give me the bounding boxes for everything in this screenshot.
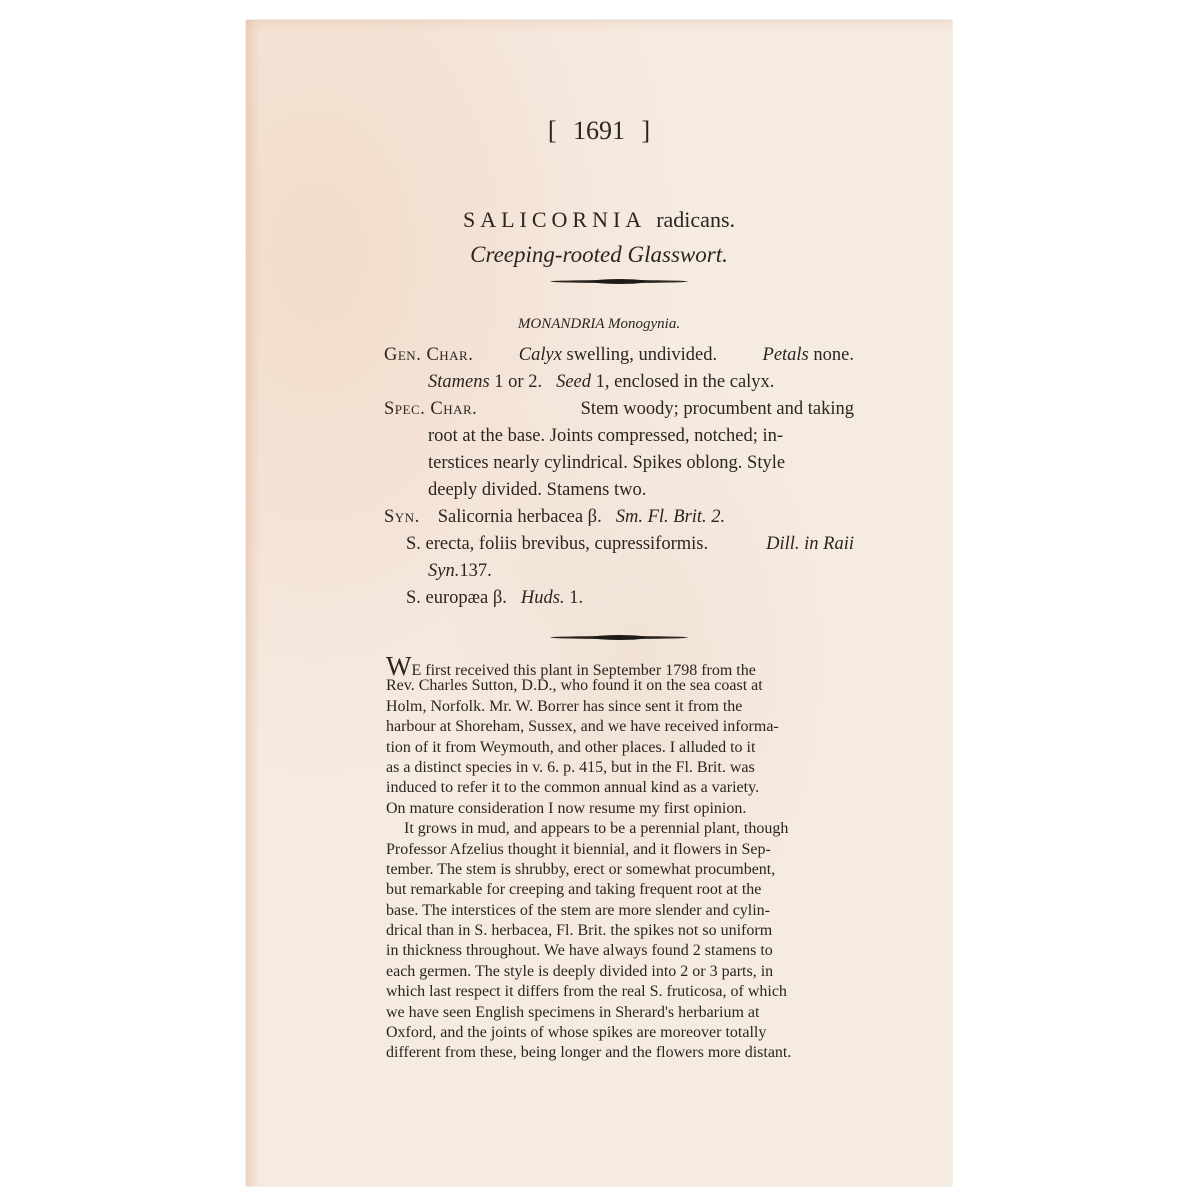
paragraph-2-line: we have seen English specimens in Sherar…	[386, 1003, 853, 1023]
common-name: Creeping-rooted Glasswort.	[246, 242, 952, 268]
paragraph-2-line: tember. The stem is shrubby, erect or so…	[386, 860, 853, 880]
paragraph-2-line: drical than in S. herbacea, Fl. Brit. th…	[386, 921, 853, 941]
linnaean-classification: MONANDRIA Monogynia.	[246, 316, 952, 333]
paragraph-1-line: tion of it from Weymouth, and other plac…	[386, 738, 853, 758]
ornamental-rule-bottom	[550, 636, 688, 639]
paragraph-2-line: each germen. The style is deeply divided…	[386, 962, 853, 982]
paragraph-2-line: different from these, being longer and t…	[386, 1043, 853, 1063]
paragraph-1-line: as a distinct species in v. 6. p. 415, b…	[386, 758, 853, 778]
paragraph-1-line: WE first received this plant in Septembe…	[386, 656, 853, 676]
description-text: WE first received this plant in Septembe…	[386, 656, 853, 1064]
spec-char-line-3: terstices nearly cylindrical. Spikes obl…	[384, 450, 854, 477]
paragraph-1-line: On mature consideration I now resume my …	[386, 799, 853, 819]
species-epithet: radicans.	[656, 207, 735, 232]
paragraph-2-line: in thickness throughout. We have always …	[386, 941, 853, 961]
page-number: [ 1691 ]	[246, 116, 952, 146]
genus-name: SALICORNIA	[463, 207, 646, 232]
paragraph-2-line: but remarkable for creeping and taking f…	[386, 880, 853, 900]
synonym-label: Syn.	[384, 504, 420, 531]
paragraph-2-line: Professor Afzelius thought it biennial, …	[386, 840, 853, 860]
characters-block: Gen. Char. Calyx swelling, undivided. Pe…	[384, 342, 854, 612]
paragraph-2-line: It grows in mud, and appears to be a per…	[386, 819, 853, 839]
paragraph-2-line: base. The interstices of the stem are mo…	[386, 901, 853, 921]
gen-char-line-2: Stamens 1 or 2. Seed 1, enclosed in the …	[384, 369, 854, 396]
book-page: [ 1691 ] SALICORNIAradicans. Creeping-ro…	[246, 20, 952, 1186]
spec-char-line-1: Spec. Char. Stem woody; procumbent and t…	[384, 396, 854, 423]
paragraph-1-line: Holm, Norfolk. Mr. W. Borrer has since s…	[386, 697, 853, 717]
paragraph-2-line: Oxford, and the joints of whose spikes a…	[386, 1023, 853, 1043]
synonym-line-2: S. erecta, foliis brevibus, cupressiform…	[384, 531, 854, 558]
paragraph-1-line: harbour at Shoreham, Sussex, and we have…	[386, 717, 853, 737]
species-title: SALICORNIAradicans.	[246, 207, 952, 233]
paragraph-1-line: induced to refer it to the common annual…	[386, 778, 853, 798]
spec-char-label: Spec. Char.	[384, 396, 477, 423]
spec-char-line-4: deeply divided. Stamens two.	[384, 477, 854, 504]
synonym-line-3: S. europæa β. Huds. 1.	[384, 585, 854, 612]
paragraph-2-line: which last respect it differs from the r…	[386, 982, 853, 1002]
ornamental-rule-top	[550, 280, 688, 283]
synonym-line-1: Syn. Salicornia herbacea β. Sm. Fl. Brit…	[384, 504, 854, 531]
gen-char-label: Gen. Char.	[384, 342, 473, 369]
gen-char-line-1: Gen. Char. Calyx swelling, undivided. Pe…	[384, 342, 854, 369]
paragraph-1-line: Rev. Charles Sutton, D.D., who found it …	[386, 676, 853, 696]
synonym-line-2-cont: Syn. 137.	[384, 558, 854, 585]
spec-char-line-2: root at the base. Joints compressed, not…	[384, 423, 854, 450]
